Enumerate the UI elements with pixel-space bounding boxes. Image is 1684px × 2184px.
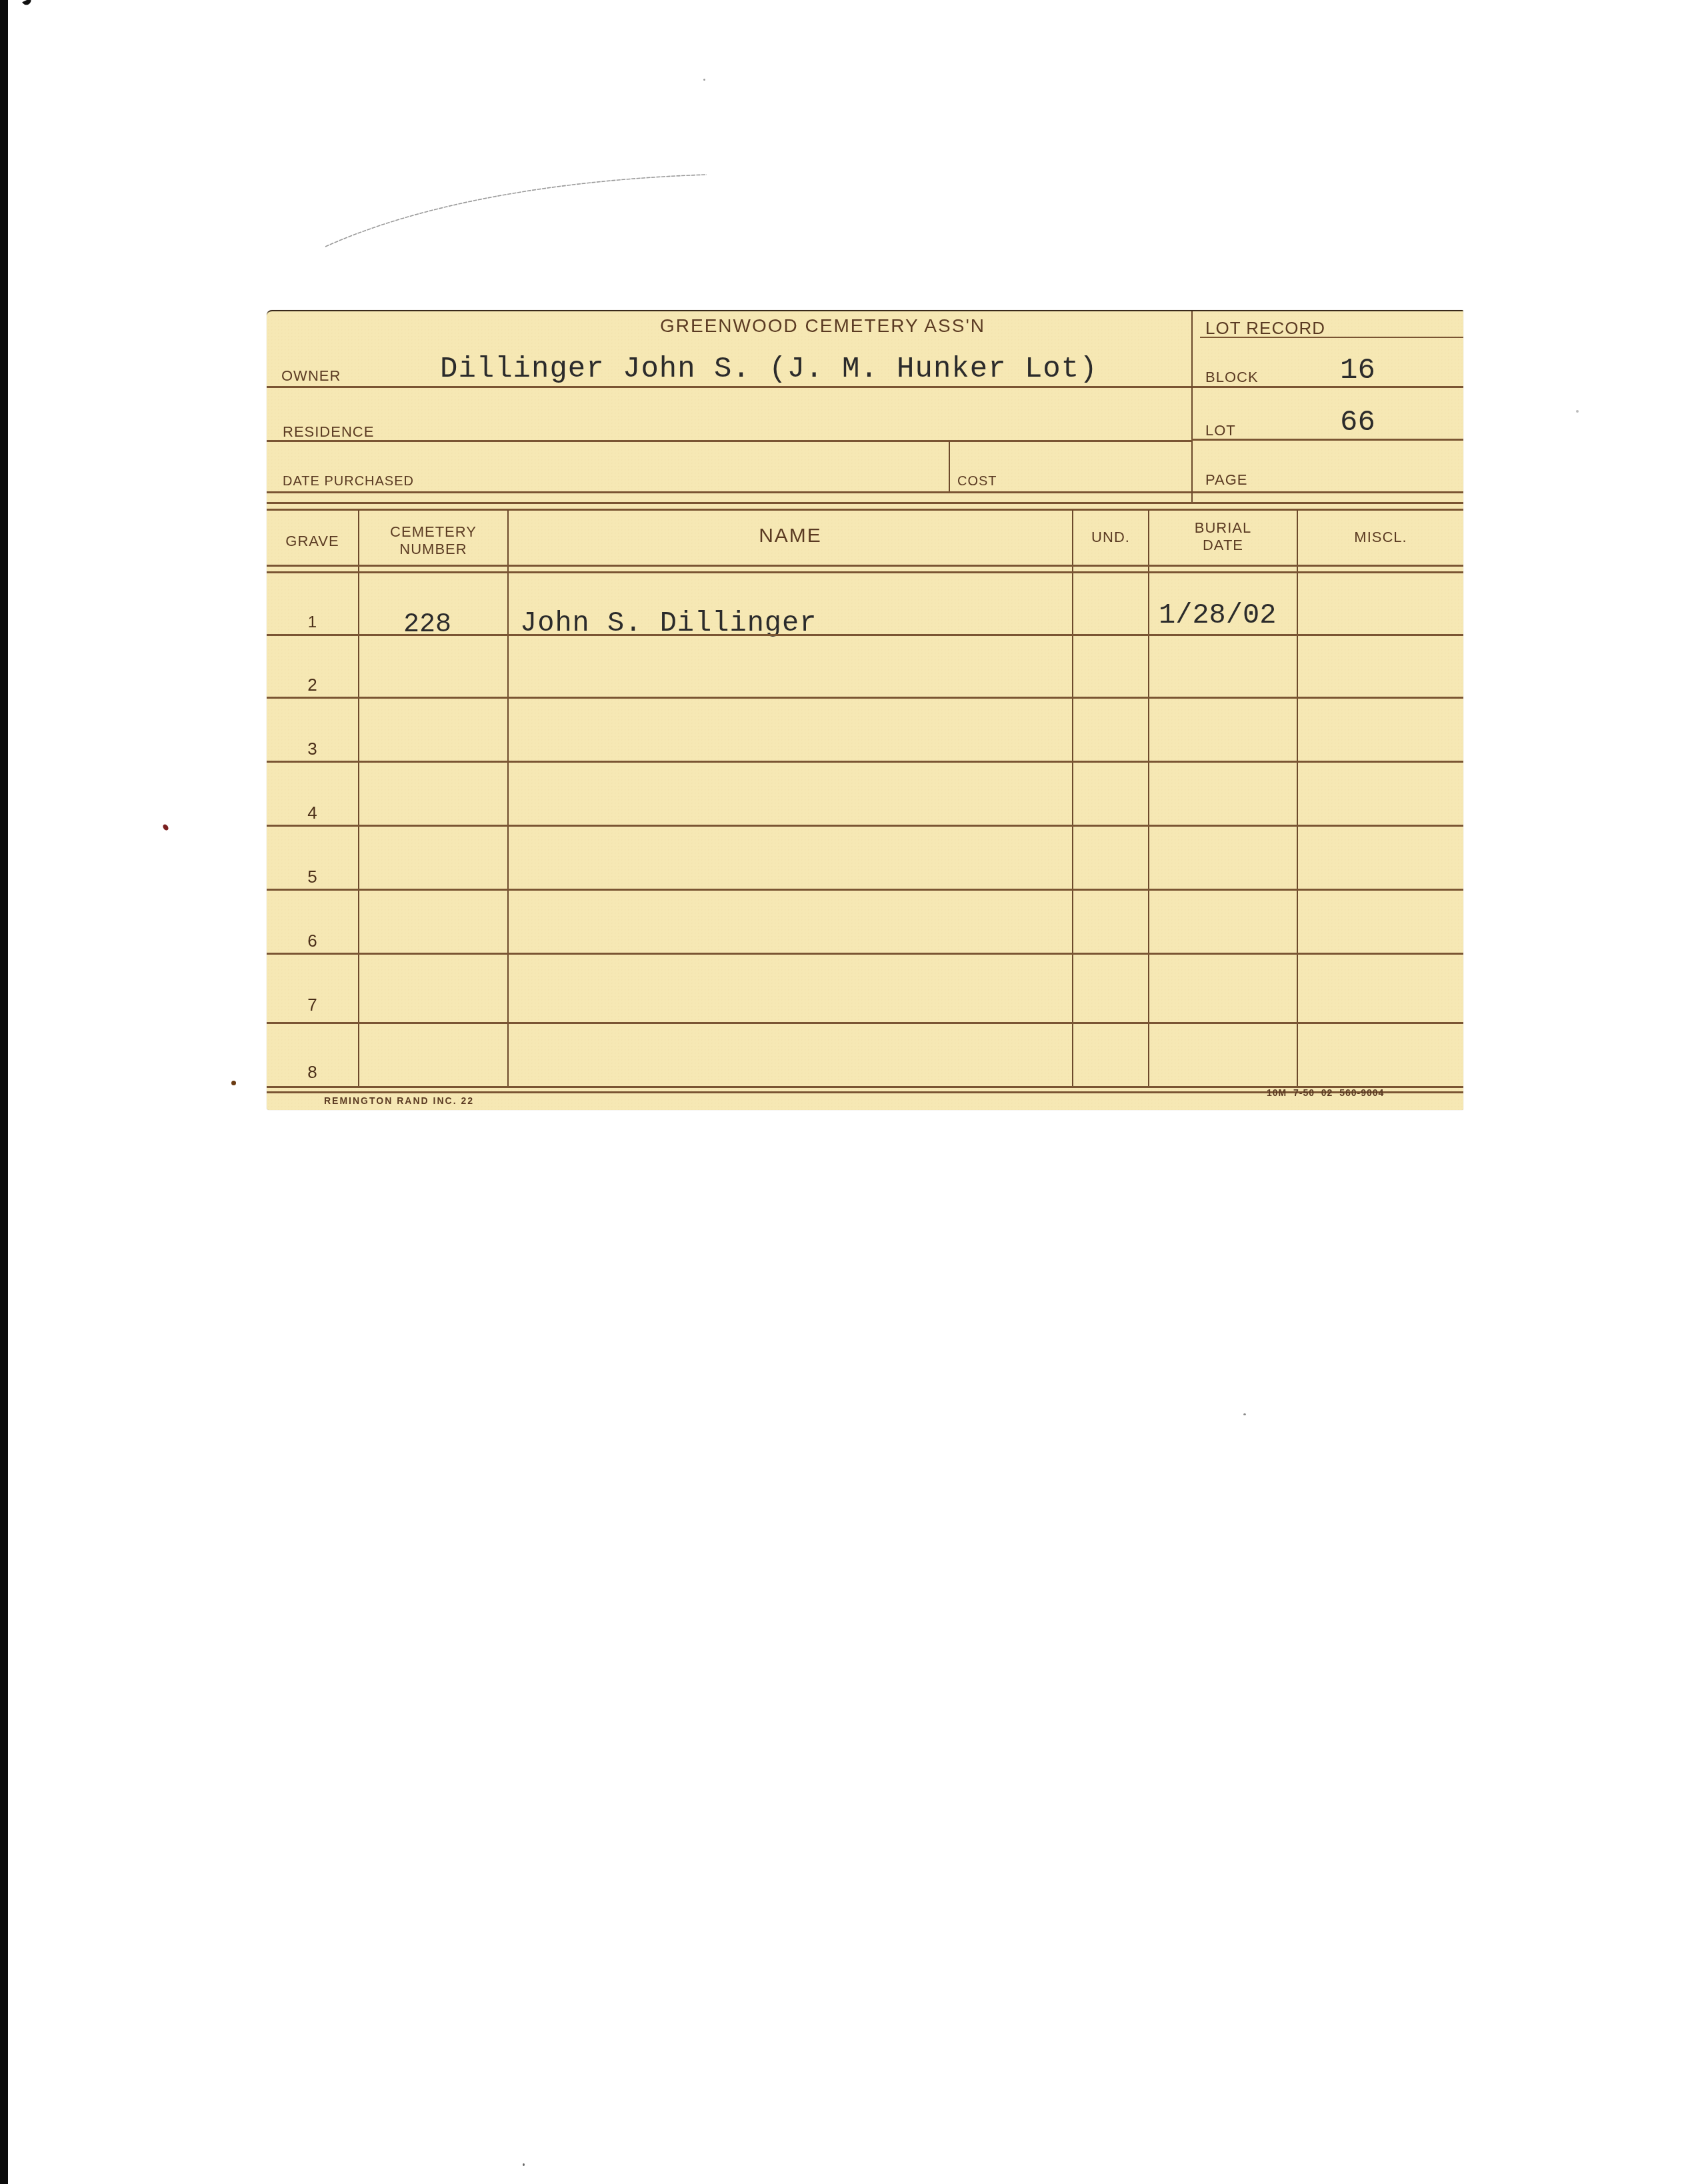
grave-number: 7 — [267, 995, 358, 1015]
printer-imprint: REMINGTON RAND INC. 22 — [324, 1095, 474, 1106]
residence-rule — [267, 440, 1191, 442]
header-und: UND. — [1073, 529, 1148, 546]
lot-record-card: GREENWOOD CEMETERY ASS'N OWNER Dillinger… — [267, 310, 1463, 1110]
row-rule — [267, 1022, 1463, 1024]
row-rule — [267, 889, 1463, 891]
pencil-mark — [0, 0, 733, 280]
header-burial-date-line1: BURIAL — [1149, 519, 1297, 537]
header-bottom-rule-2 — [267, 571, 1463, 573]
owner-value: Dillinger John S. (J. M. Hunker Lot) — [440, 353, 1098, 386]
header-cemetery-number-line1: CEMETERY — [359, 523, 507, 541]
residence-label: RESIDENCE — [283, 423, 374, 441]
lot-rule — [1191, 439, 1463, 441]
column-divider-name — [1072, 510, 1073, 1087]
header-name-label: NAME — [759, 525, 822, 547]
header-cemetery-number-line2: NUMBER — [359, 541, 507, 558]
cost-divider — [949, 441, 950, 492]
date-purchased-rule — [267, 491, 1463, 493]
page-label: PAGE — [1205, 471, 1248, 489]
row-rule — [267, 825, 1463, 827]
scan-edge-shadow — [0, 0, 8, 2184]
table-top-rule-2 — [267, 509, 1463, 511]
lot-record-divider — [1191, 311, 1193, 504]
dust-speck — [703, 79, 705, 81]
column-divider-und — [1148, 510, 1149, 1087]
dust-speck — [523, 2163, 525, 2166]
grave-number: 3 — [267, 739, 358, 759]
owner-rule — [267, 386, 1463, 388]
cost-label: COST — [957, 474, 997, 489]
owner-label: OWNER — [281, 367, 341, 385]
header-cemetery-number: CEMETERY NUMBER — [359, 523, 507, 558]
header-grave-label: GRAVE — [285, 533, 339, 549]
grave-number: 1 — [267, 613, 358, 632]
row-rule — [267, 697, 1463, 699]
lot-value: 66 — [1340, 406, 1375, 439]
grave-number: 2 — [267, 675, 358, 695]
lot-record-title: LOT RECORD — [1205, 318, 1325, 339]
ink-speck — [231, 1081, 236, 1085]
red-ink-speck — [162, 823, 169, 831]
column-divider-burial-date — [1297, 510, 1298, 1087]
column-divider-cemetery-number — [507, 510, 509, 1087]
grave-number: 4 — [267, 803, 358, 823]
grave-number: 6 — [267, 931, 358, 951]
dust-speck — [1576, 410, 1579, 413]
header-bottom-rule-1 — [267, 565, 1463, 567]
block-label: BLOCK — [1205, 369, 1259, 386]
header-miscl: MISCL. — [1298, 529, 1463, 546]
cemetery-title: GREENWOOD CEMETERY ASS'N — [660, 315, 985, 337]
table-top-rule-1 — [267, 502, 1463, 504]
column-divider-grave — [358, 510, 359, 1087]
header-grave: GRAVE — [267, 533, 358, 550]
grave-number: 8 — [267, 1062, 358, 1083]
header-miscl-label: MISCL. — [1354, 529, 1407, 545]
date-purchased-label: DATE PURCHASED — [283, 474, 414, 489]
row-rule — [267, 634, 1463, 636]
header-burial-date-line2: DATE — [1149, 537, 1297, 554]
grave-number: 5 — [267, 867, 358, 887]
burial-date: 1/28/02 — [1159, 599, 1276, 631]
header-und-label: UND. — [1091, 529, 1130, 545]
header-burial-date: BURIAL DATE — [1149, 519, 1297, 554]
lot-record-rule — [1200, 337, 1463, 338]
row-rule — [267, 953, 1463, 955]
row-rule — [267, 761, 1463, 763]
form-code: 10M 7-50 02 560-9004 — [1267, 1087, 1384, 1098]
dust-speck — [1243, 1413, 1246, 1415]
lot-label: LOT — [1205, 422, 1236, 439]
header-name: NAME — [509, 527, 1072, 545]
block-value: 16 — [1340, 354, 1375, 387]
